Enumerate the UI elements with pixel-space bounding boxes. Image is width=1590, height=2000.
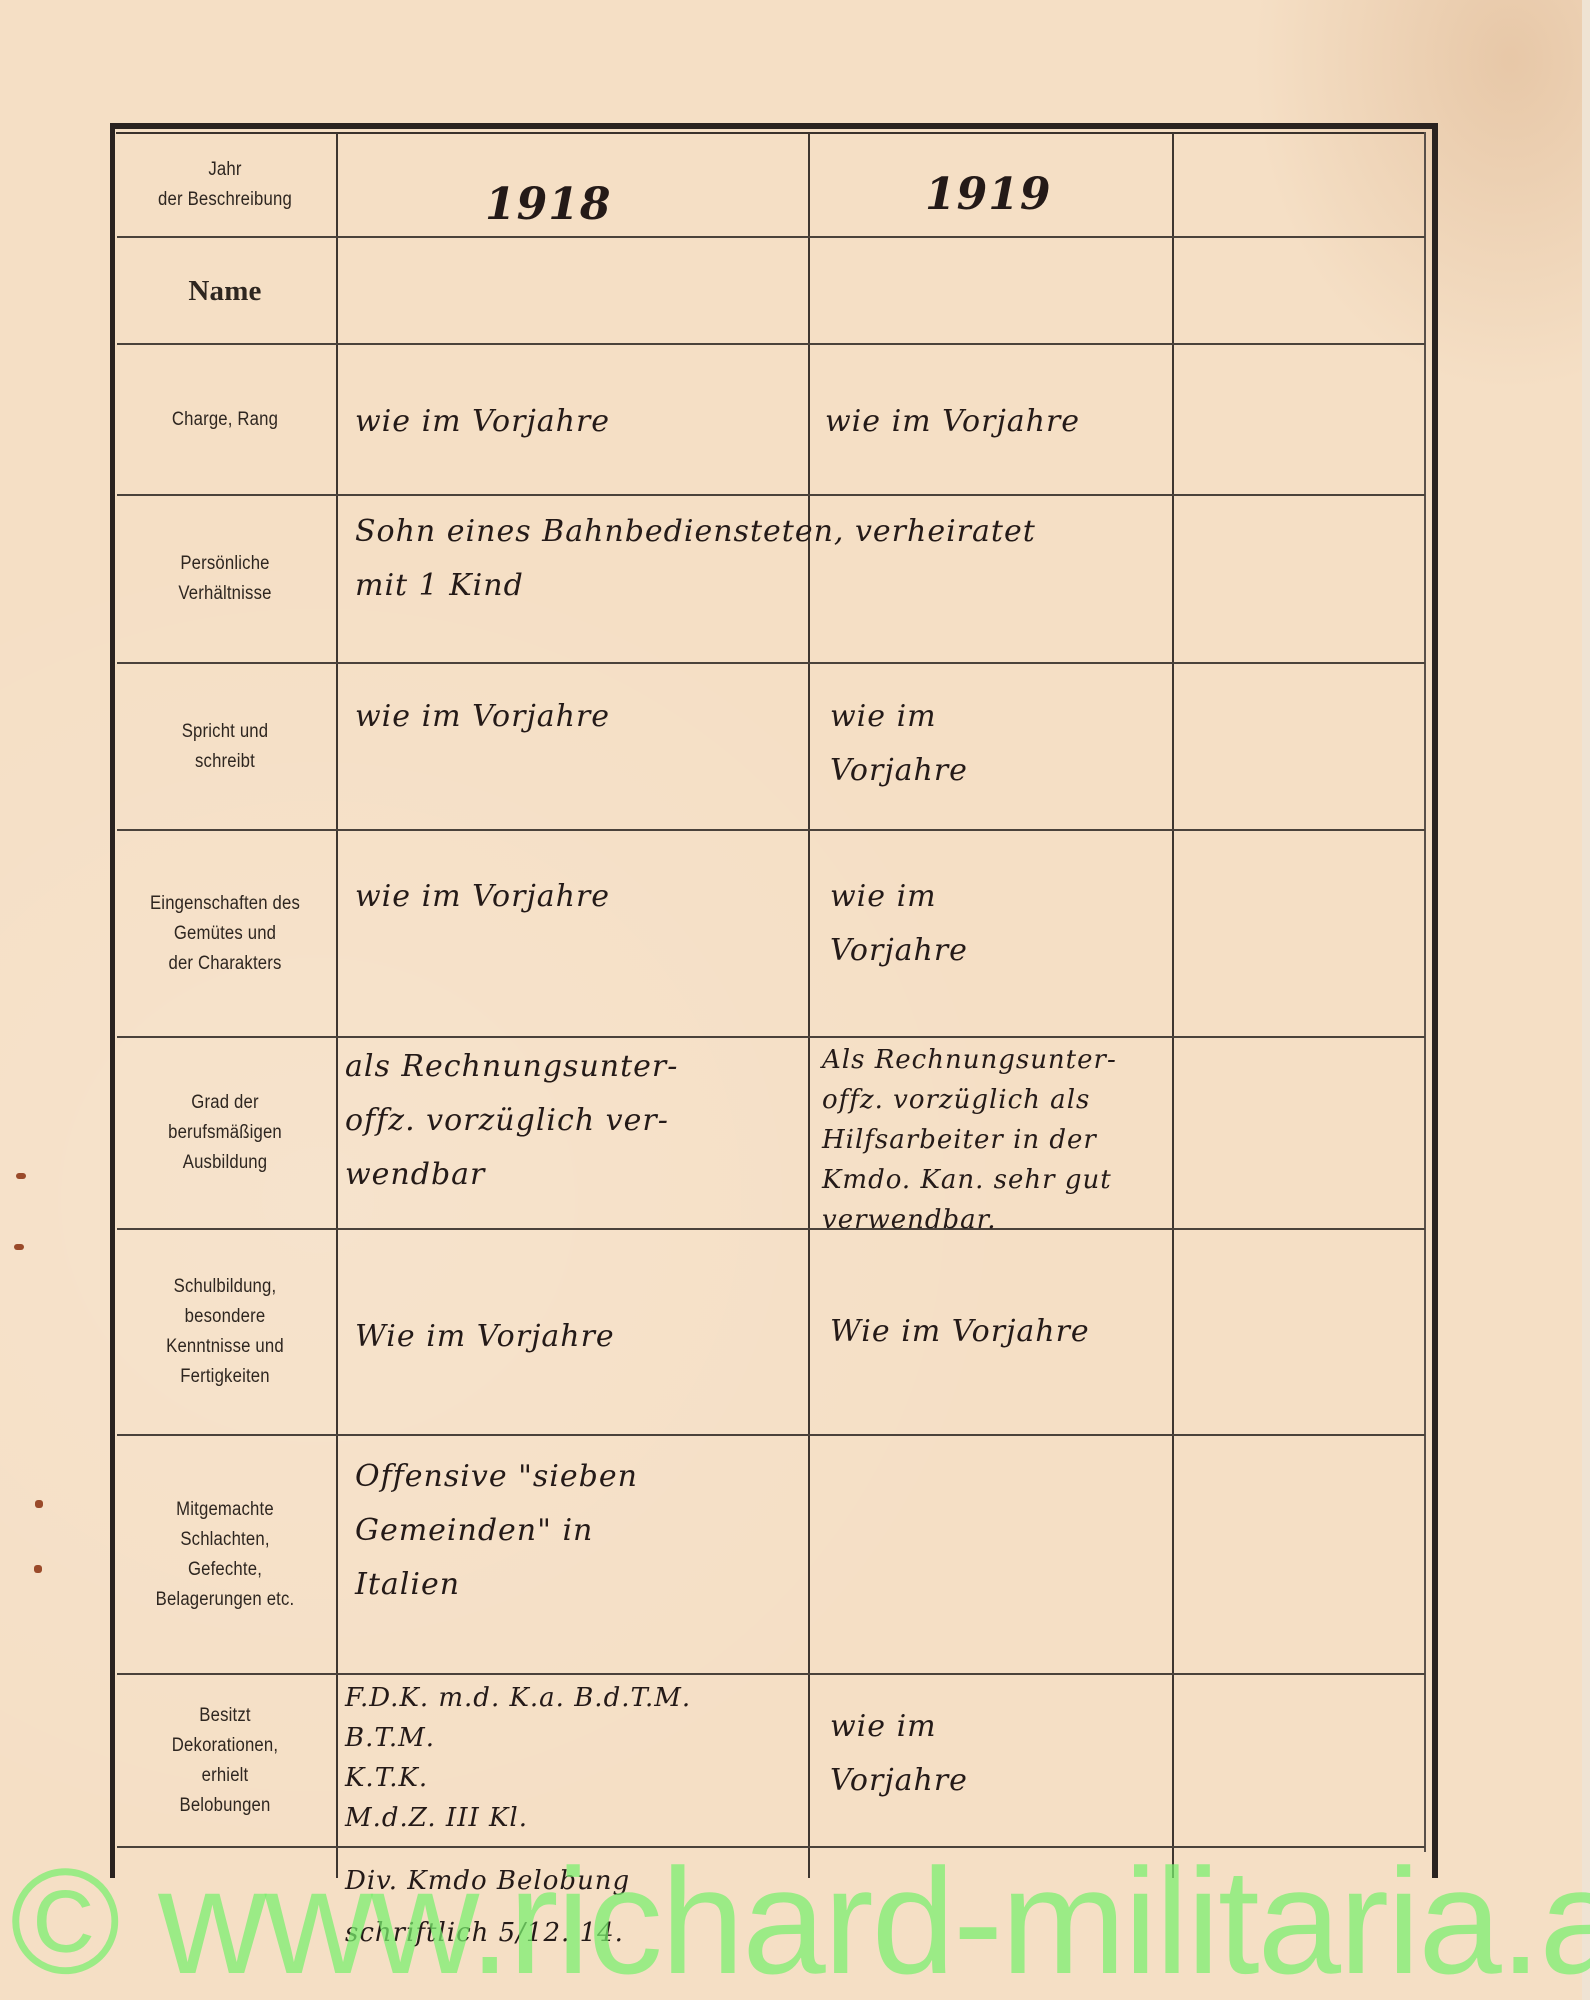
table-top-border [110, 123, 1438, 129]
label-spricht-und-schreibt: Spricht und schreibt [128, 664, 322, 829]
margin-stain [14, 1244, 24, 1250]
table-left-border [110, 123, 115, 1878]
spricht-und-schreibt-1918: wie im Vorjahre [355, 690, 610, 744]
label-persoenliche-verhaeltnisse: Persönliche Verhältnisse [128, 496, 322, 662]
belobung-note: Div. Kmdo Belobung schriftlich 5/12. 14. [345, 1855, 630, 1959]
label-name: Name [115, 238, 335, 343]
year-1918: 1918 [485, 178, 611, 232]
table-right-border [1432, 123, 1438, 1878]
column-divider [808, 133, 810, 1878]
year-1919: 1919 [925, 168, 1051, 222]
dekorationen-1918: F.D.K. m.d. K.a. B.d.T.M. B.T.M. K.T.K. … [345, 1678, 691, 1838]
charge-rang-1919: wie im Vorjahre [825, 395, 1080, 449]
margin-stain [35, 1500, 43, 1508]
label-grad-der-ausbildung: Grad der berufsmäßigen Ausbildung [128, 1038, 322, 1228]
label-schulbildung: Schulbildung, besondere Kenntnisse und F… [128, 1230, 322, 1434]
spricht-und-schreibt-1919: wie im Vorjahre [830, 690, 968, 798]
eigenschaften-1919: wie im Vorjahre [830, 870, 968, 978]
eigenschaften-1918: wie im Vorjahre [355, 870, 610, 924]
table-right-inner-border [1424, 132, 1426, 1852]
label-jahr-der-beschreibung: Jahr der Beschreibung [128, 133, 322, 236]
ausbildung-1919: Als Rechnungsunter- offz. vorzüglich als… [822, 1040, 1117, 1240]
ausbildung-1918: als Rechnungsunter- offz. vorzüglich ver… [345, 1040, 678, 1202]
persoenliche-verhaeltnisse-1918: Sohn eines Bahnbediensteten, verheiratet… [355, 505, 1205, 613]
column-divider [1172, 133, 1174, 1878]
label-charge-rang: Charge, Rang [128, 345, 322, 494]
schlachten-1918: Offensive "sieben Gemeinden" in Italien [355, 1450, 638, 1612]
margin-stain [16, 1173, 26, 1179]
column-divider [336, 133, 338, 1878]
paper-edge [1582, 0, 1590, 2000]
margin-stain [34, 1565, 42, 1573]
schulbildung-1918: Wie im Vorjahre [355, 1310, 615, 1364]
charge-rang-1918: wie im Vorjahre [355, 395, 610, 449]
schulbildung-1919: Wie im Vorjahre [830, 1305, 1090, 1359]
dekorationen-1919: wie im Vorjahre [830, 1700, 968, 1808]
label-besitzt-dekorationen: Besitzt Dekorationen, erhielt Belobungen [128, 1675, 322, 1846]
row-divider [117, 1846, 1425, 1848]
label-eigenschaften-des-gemuetes: Eingenschaften des Gemütes und der Chara… [128, 831, 322, 1036]
label-mitgemachte-schlachten: Mitgemachte Schlachten, Gefechte, Belage… [128, 1436, 322, 1673]
